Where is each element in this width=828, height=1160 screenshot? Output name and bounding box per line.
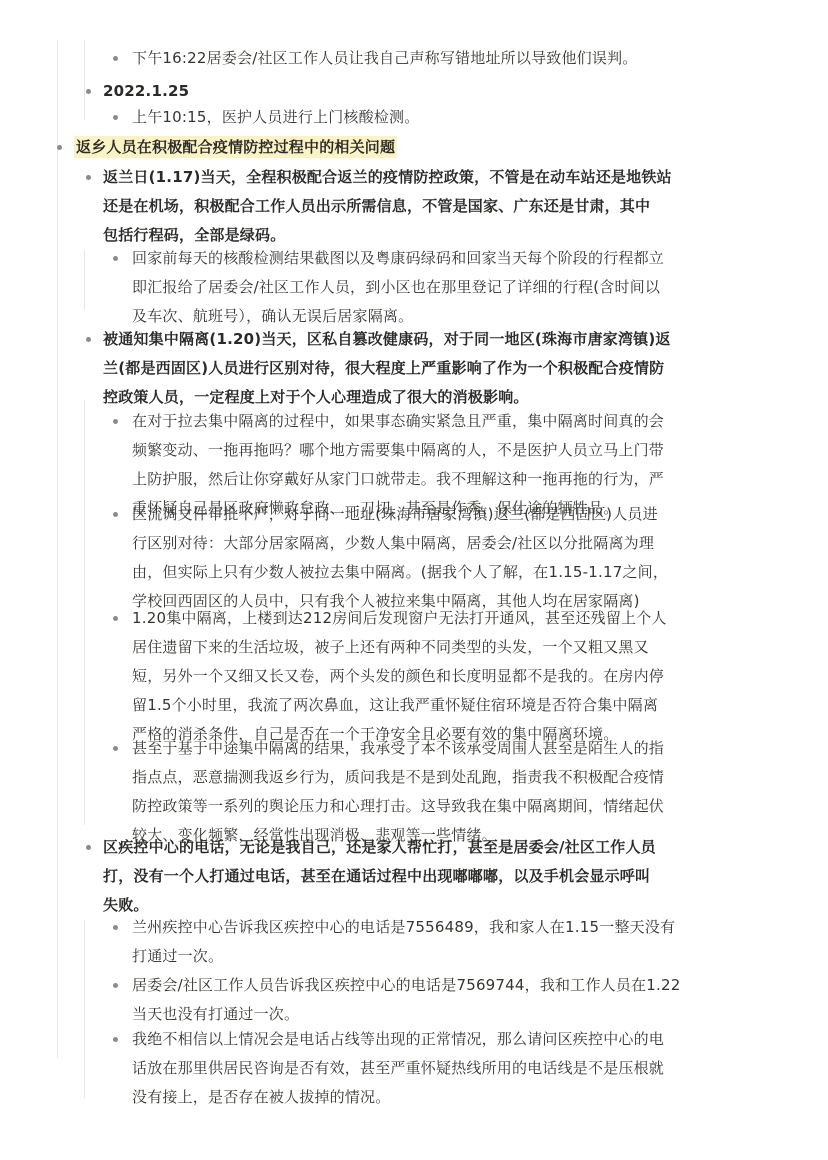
highlighted-heading-text: 返乡人员在积极配合疫情防控过程中的相关问题 <box>74 136 397 158</box>
list-item: 兰州疾控中心告诉我区疾控中心的电话是7556489，我和家人在1.15一整天没有… <box>132 913 675 971</box>
bullet-icon <box>113 925 118 930</box>
indent-guide-level1-a <box>84 40 85 120</box>
bullet-icon <box>113 1037 118 1042</box>
list-item: 回家前每天的核酸检测结果截图以及粤康码绿码和回家当天每个阶段的行程都立 即汇报给… <box>132 244 664 331</box>
list-item: 被通知集中隔离(1.20)当天，区私自篡改健康码，对于同一地区(珠海市唐家湾镇)… <box>103 325 671 412</box>
list-item: 返兰日(1.17)当天，全程积极配合返兰的疫情防控政策，不管是在动车站还是地铁站… <box>103 163 672 250</box>
list-item: 区疾控中心的电话，无论是我自己，还是家人帮忙打，甚至是居委会/社区工作人员 打，… <box>103 833 656 920</box>
bullet-icon <box>113 512 118 517</box>
bullet-icon <box>57 145 62 150</box>
bullet-icon <box>113 983 118 988</box>
list-item: 下午16:22居委会/社区工作人员让我自己声称写错地址所以导致他们误判。 <box>132 44 637 73</box>
bullet-icon <box>86 175 91 180</box>
bullet-icon <box>86 845 91 850</box>
list-item: 上午10:15，医护人员进行上门核酸检测。 <box>132 103 419 132</box>
indent-guide-level1-c <box>84 400 85 825</box>
bullet-icon <box>113 256 118 261</box>
bullet-icon <box>113 746 118 751</box>
section-heading: 返乡人员在积极配合疫情防控过程中的相关问题 <box>74 133 397 162</box>
document-page: 下午16:22居委会/社区工作人员让我自己声称写错地址所以导致他们误判。 202… <box>0 0 828 1160</box>
indent-guide-level1-d <box>84 920 85 1098</box>
bullet-icon <box>113 419 118 424</box>
bullet-icon <box>113 115 118 120</box>
bullet-icon <box>113 616 118 621</box>
bullet-icon <box>113 56 118 61</box>
bullet-icon <box>86 89 91 94</box>
list-item: 我绝不相信以上情况会是电话占线等出现的正常情况，那么请问区疾控中心的电 话放在那… <box>132 1025 664 1112</box>
bullet-icon <box>86 337 91 342</box>
list-item-date: 2022.1.25 <box>103 77 189 106</box>
list-item: 居委会/社区工作人员告诉我区疾控中心的电话是7569744，我和工作人员在1.2… <box>132 971 680 1029</box>
indent-guide-level1-b <box>84 250 85 310</box>
list-item: 1.20集中隔离，上楼到达212房间后发现窗户无法打开通风，甚至还残留上个人 居… <box>132 604 667 749</box>
list-item: 区流调文件审批不严，对于同一地址(珠海市唐家湾镇)返兰(都是西固区)人员进 行区… <box>132 500 668 616</box>
indent-guide-level0 <box>57 40 58 1058</box>
